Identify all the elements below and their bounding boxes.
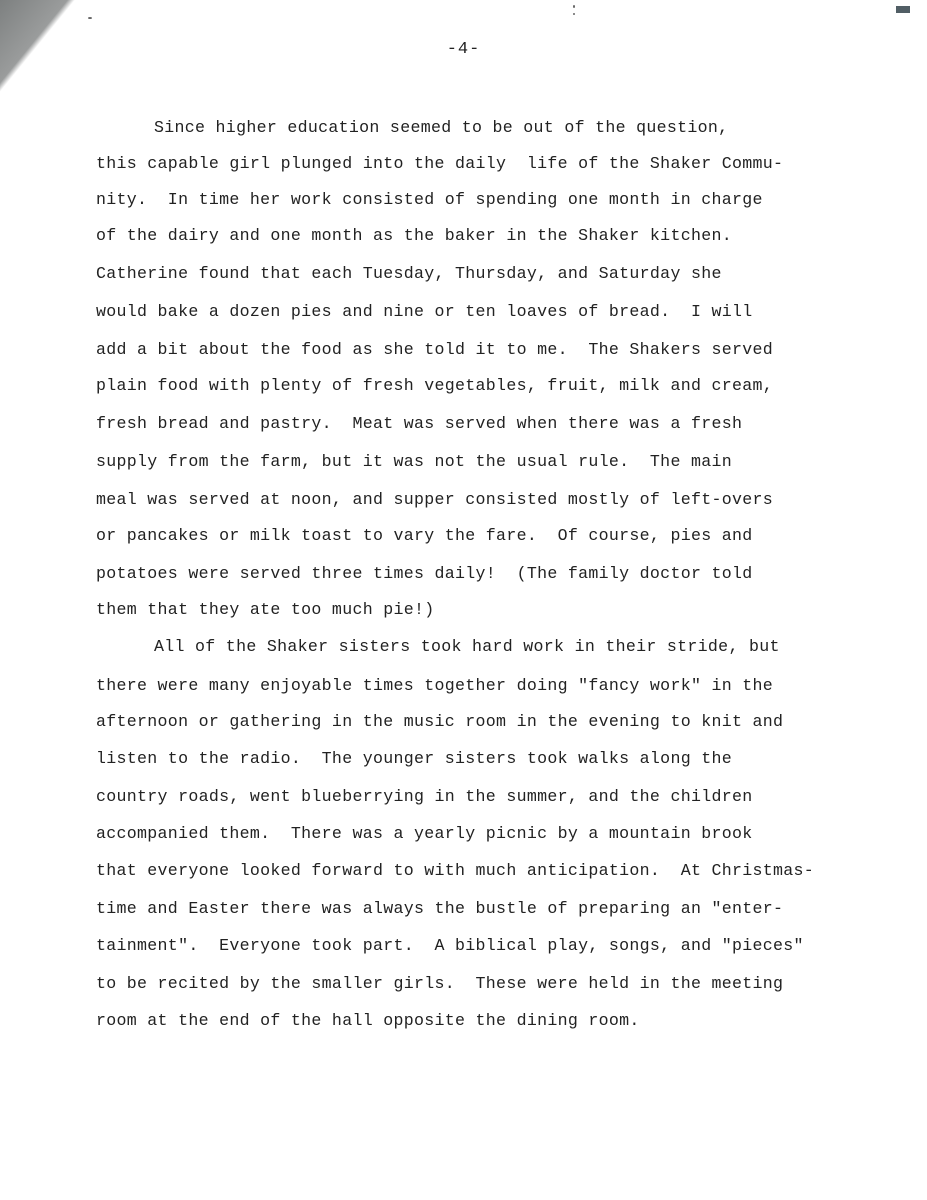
text-line: potatoes were served three times daily! … <box>96 564 753 584</box>
page-number: -4- <box>0 40 927 59</box>
text-line: this capable girl plunged into the daily… <box>96 154 783 174</box>
text-line: to be recited by the smaller girls. Thes… <box>96 974 783 994</box>
text-line: add a bit about the food as she told it … <box>96 340 773 360</box>
text-line: time and Easter there was always the bus… <box>96 899 783 919</box>
text-line: them that they ate too much pie!) <box>96 600 435 620</box>
text-line: fresh bread and pastry. Meat was served … <box>96 414 742 434</box>
text-line: would bake a dozen pies and nine or ten … <box>96 302 753 322</box>
paragraph-first-line: Since higher education seemed to be out … <box>96 118 728 138</box>
paper-speck <box>573 5 575 8</box>
text-line: plain food with plenty of fresh vegetabl… <box>96 376 773 396</box>
text-line: meal was served at noon, and supper cons… <box>96 490 773 510</box>
text-line: room at the end of the hall opposite the… <box>96 1011 640 1031</box>
paragraph-first-line: All of the Shaker sisters took hard work… <box>96 637 780 657</box>
text-line: or pancakes or milk toast to vary the fa… <box>96 526 753 546</box>
text-line: tainment". Everyone took part. A biblica… <box>96 936 804 956</box>
text-line: supply from the farm, but it was not the… <box>96 452 732 472</box>
text-line: of the dairy and one month as the baker … <box>96 226 732 246</box>
text-line: Catherine found that each Tuesday, Thurs… <box>96 264 722 284</box>
text-line: nity. In time her work consisted of spen… <box>96 190 763 210</box>
text-line: listen to the radio. The younger sisters… <box>96 749 732 769</box>
text-line: there were many enjoyable times together… <box>96 676 773 696</box>
scan-artifact-mark <box>896 6 910 13</box>
text-line: that everyone looked forward to with muc… <box>96 861 814 881</box>
paper-speck <box>88 17 92 19</box>
text-line: country roads, went blueberrying in the … <box>96 787 753 807</box>
text-line: afternoon or gathering in the music room… <box>96 712 783 732</box>
paper-speck <box>573 13 575 15</box>
text-line: accompanied them. There was a yearly pic… <box>96 824 753 844</box>
